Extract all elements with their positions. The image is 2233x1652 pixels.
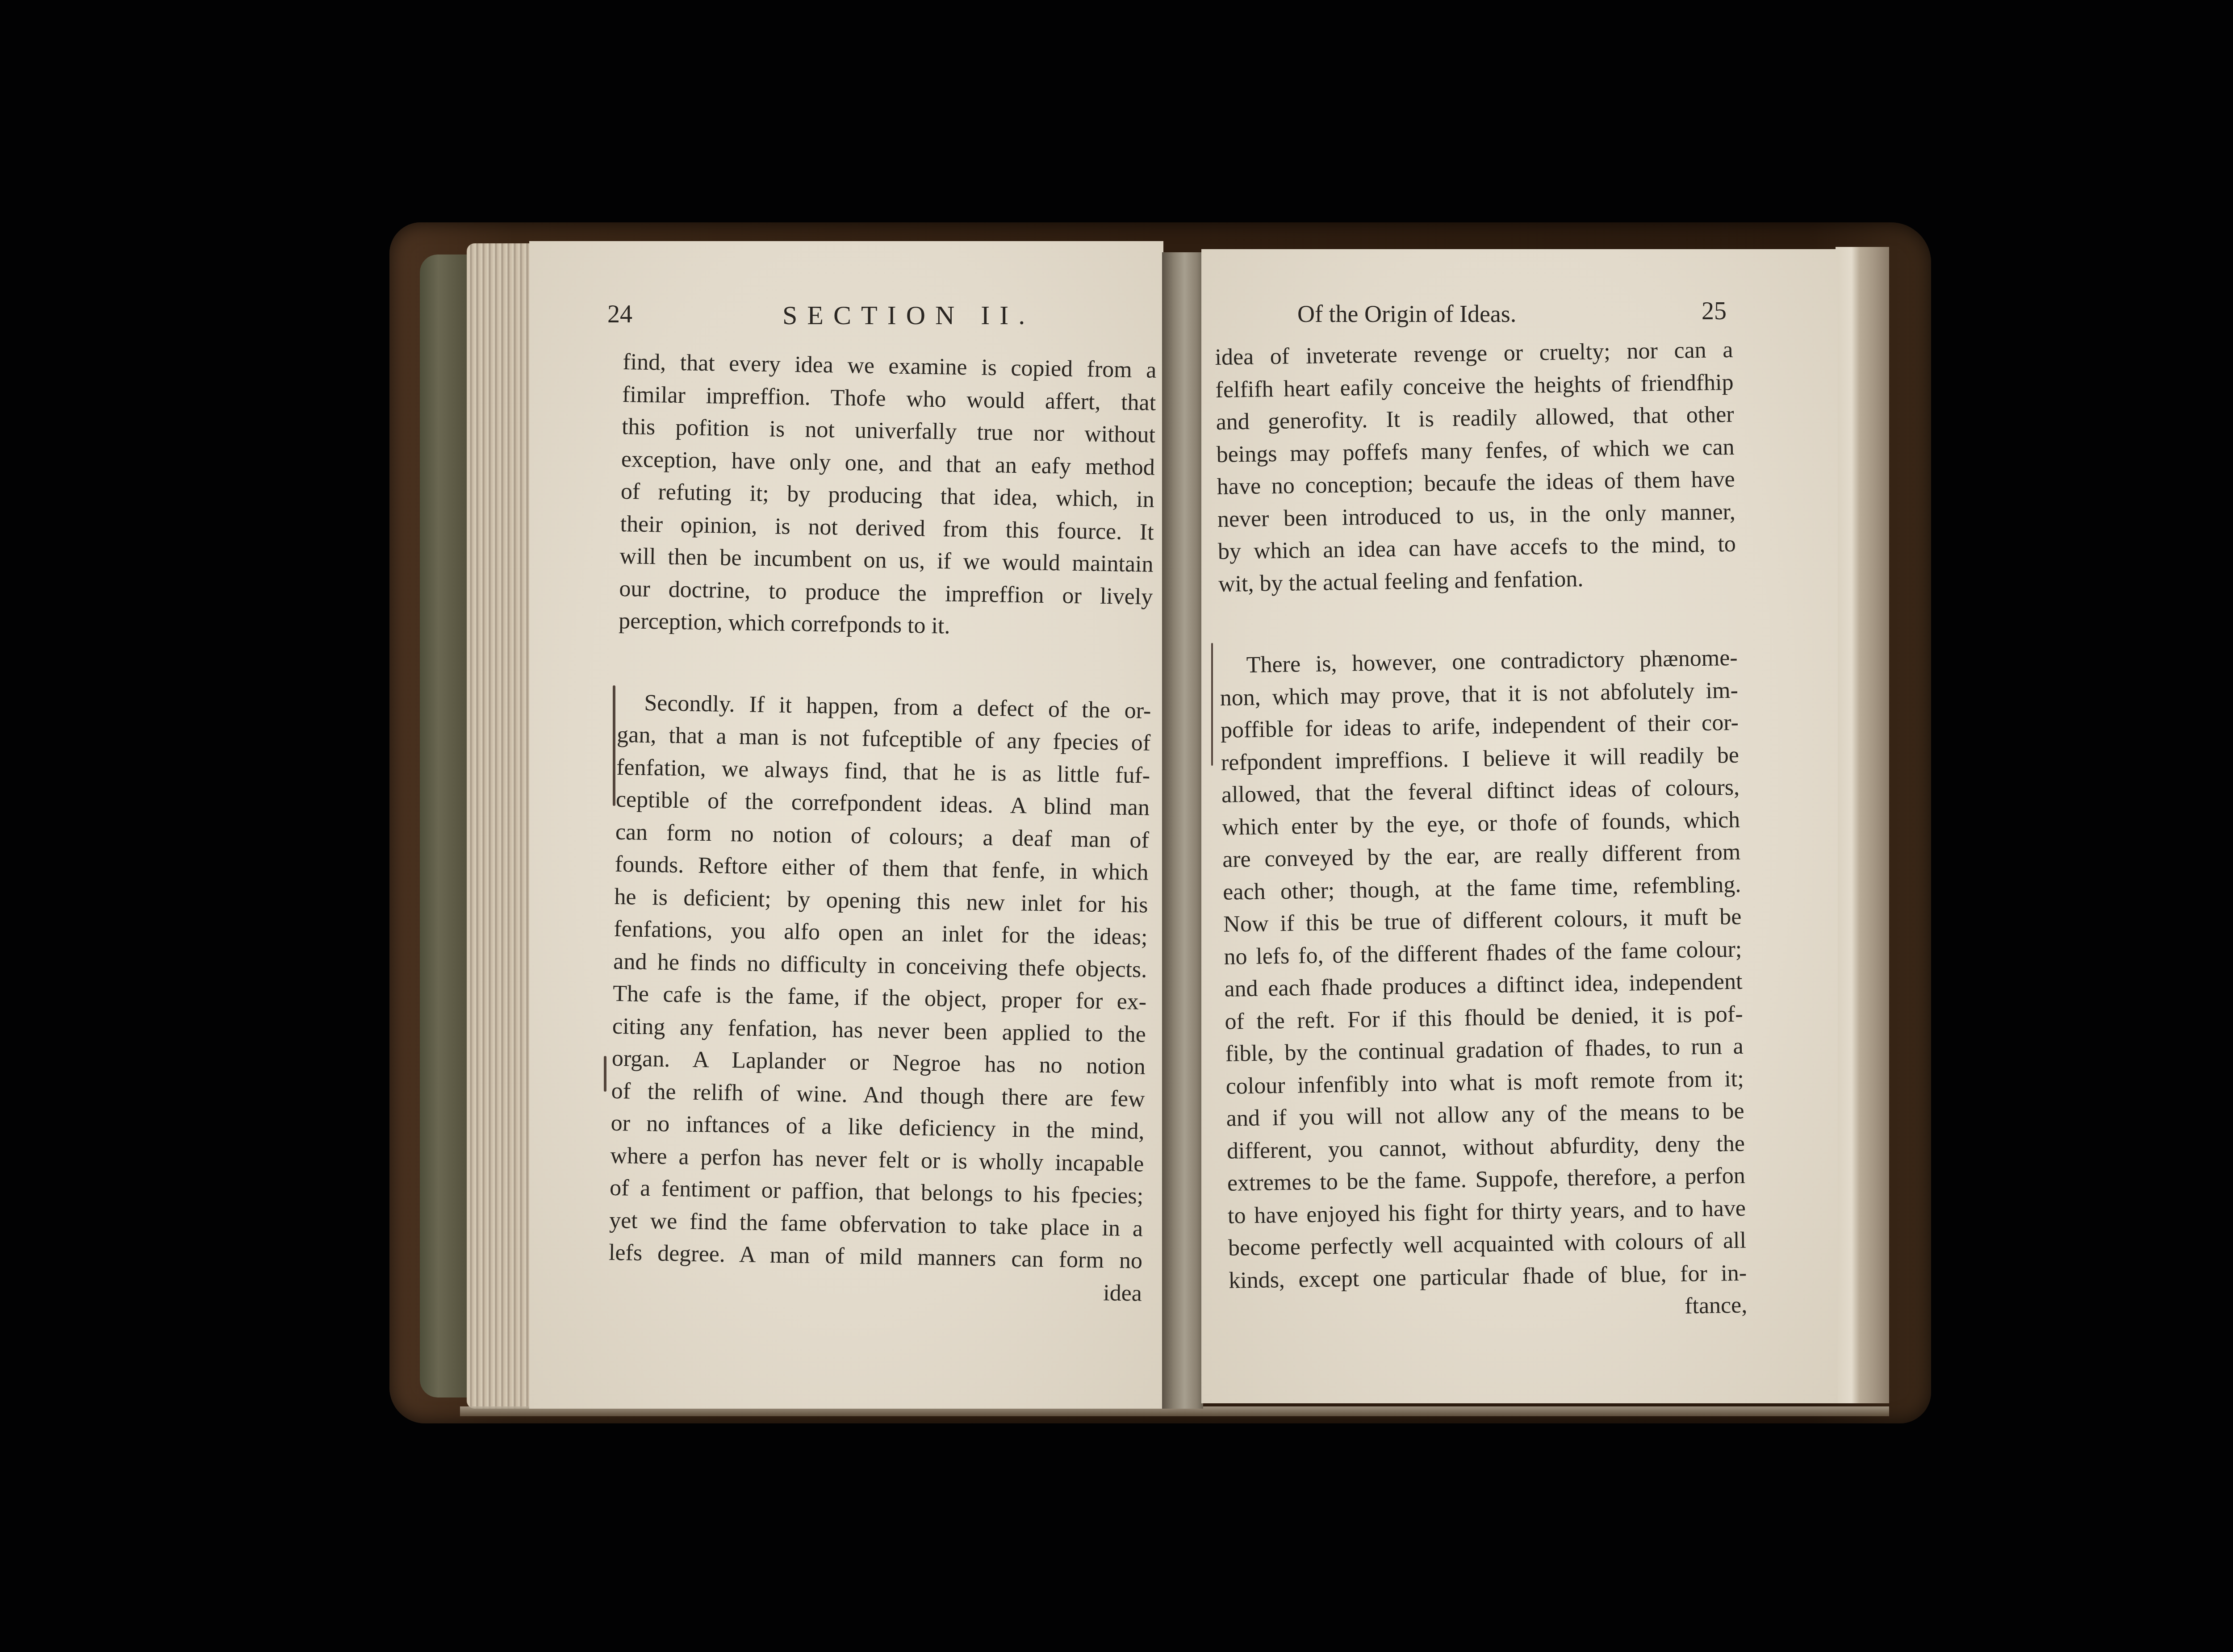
right-page-text: idea of inveterate revenge or cruelty; n… (1215, 334, 1748, 1329)
margin-pencil-mark (613, 685, 615, 806)
cover-cloth-edge (420, 254, 467, 1398)
book-gutter (1162, 252, 1203, 1409)
left-page-stack-edges (467, 243, 529, 1409)
right-page-stack-edges (1836, 247, 1889, 1403)
right-running-head: Of the Origin of Ideas. (1297, 300, 1516, 328)
paragraph-gap (1219, 593, 1738, 650)
paragraph-gap (618, 637, 1152, 695)
left-page-number: 24 (607, 300, 632, 329)
right-page-number: 25 (1702, 297, 1727, 325)
left-page-text: find, that every idea we examine is copi… (608, 346, 1156, 1310)
left-running-head: SECTION II. (782, 300, 1035, 331)
margin-pencil-mark (604, 1056, 606, 1092)
margin-pencil-mark (1211, 643, 1213, 766)
